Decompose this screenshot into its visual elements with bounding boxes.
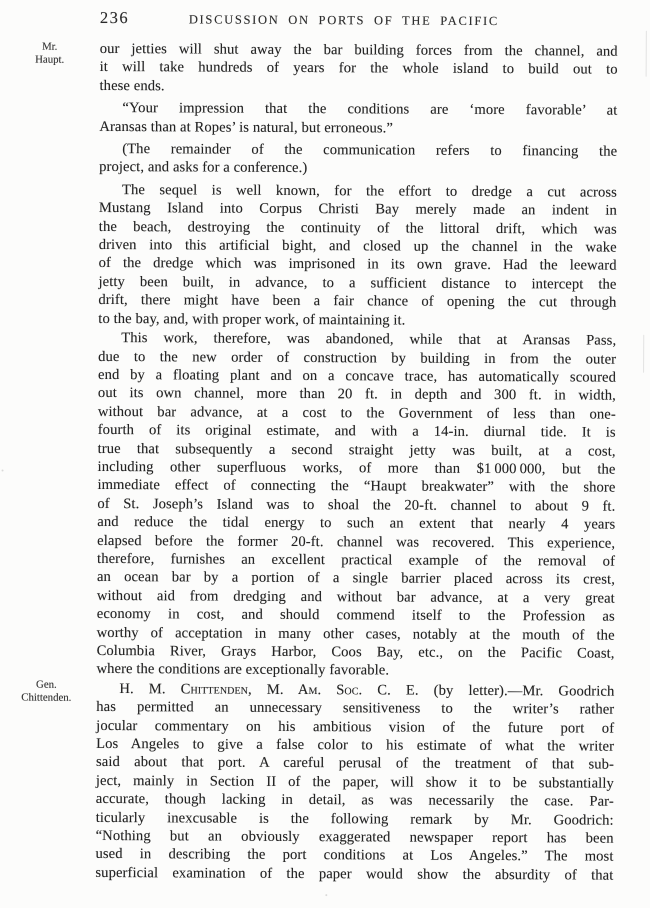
text-segment: where the conditions are exceptionally f… bbox=[96, 661, 389, 679]
margin-note-haupt: Mr. Haupt. bbox=[4, 40, 96, 66]
quoted-remark-paragraph: “Your impression that the conditions are… bbox=[99, 99, 617, 139]
haupt-continuation-paragraph: our jetties will shut away the bar build… bbox=[100, 40, 618, 98]
text-segment: the beach, destroying the continuity of … bbox=[99, 219, 617, 238]
text-segment: of St. Joseph’s Island was to shoal the … bbox=[97, 496, 615, 515]
parenthetical-note-paragraph: (The remainder of the communication refe… bbox=[99, 140, 617, 180]
margin-note-chittenden: Gen. Chittenden. bbox=[0, 678, 92, 704]
scan-artifact bbox=[645, 31, 647, 77]
text-line: accurate, though lacking in detail, as w… bbox=[96, 790, 614, 811]
aransas-pass-paragraph: This work, therefore, was abandoned, whi… bbox=[96, 329, 616, 681]
text-segment: drift, there might have been a fair chan… bbox=[98, 292, 616, 311]
text-segment: superficial examination of the paper wou… bbox=[95, 865, 613, 884]
text-line: out its own channel, more than 20 ft. in… bbox=[98, 384, 616, 405]
text-segment: This work, therefore, was abandoned, whi… bbox=[121, 330, 616, 349]
scan-speckle bbox=[2, 469, 4, 471]
text-segment: and reduce the tidal energy to such an e… bbox=[97, 514, 615, 533]
text-segment: (The remainder of the communication refe… bbox=[122, 141, 617, 160]
text-segment: these ends. bbox=[100, 78, 165, 94]
text-segment: our jetties will shut away the bar build… bbox=[100, 41, 618, 60]
scan-speckle bbox=[325, 894, 327, 896]
text-line: to the bay, and, with proper work, of ma… bbox=[98, 310, 616, 331]
running-title: DISCUSSION ON PORTS OF THE PACIFIC bbox=[70, 12, 618, 30]
text-segment: (by letter).—Mr. Goodrich bbox=[419, 682, 615, 699]
text-segment: economy in cost, and should commend itse… bbox=[97, 606, 615, 625]
text-segment: Aransas than at Ropes’ is natural, but e… bbox=[99, 119, 393, 137]
text-segment: H. M. Chittenden, M. Am. Soc. C. E. bbox=[119, 681, 418, 699]
margin-note-line: Chittenden. bbox=[0, 691, 92, 704]
text-segment: Columbia River, Grays Harbor, Coos Bay, … bbox=[97, 643, 615, 662]
text-segment: has permitted an unnecessary sensitivene… bbox=[96, 699, 614, 718]
text-segment: “Your impression that the conditions are… bbox=[122, 100, 617, 119]
margin-note-line: Haupt. bbox=[4, 53, 96, 66]
text-line: project, and asks for a conference.) bbox=[99, 158, 617, 179]
text-segment: worthy of acceptation in many other case… bbox=[97, 625, 615, 644]
text-segment: without aid from dredging and without ba… bbox=[97, 588, 615, 607]
text-line: said about that port. A careful perusal … bbox=[96, 753, 614, 774]
text-line: superficial examination of the paper wou… bbox=[95, 864, 613, 885]
text-line: these ends. bbox=[100, 77, 618, 98]
text-segment: elapsed before the former 20-ft. channel… bbox=[97, 533, 615, 552]
text-line: where the conditions are exceptionally f… bbox=[96, 660, 614, 681]
text-segment: it will take hundreds of years for the w… bbox=[100, 59, 618, 78]
text-segment: end by a floating plant and on a concave… bbox=[98, 367, 616, 386]
text-segment: Mustang Island into Corpus Christi Bay m… bbox=[99, 200, 617, 219]
margin-note-line: Gen. bbox=[0, 678, 92, 691]
text-segment: to the bay, and, with proper work, of ma… bbox=[98, 311, 405, 329]
text-line: immediate effect of connecting the “Haup… bbox=[97, 476, 615, 497]
text-segment: ticularly inexcusable is the following r… bbox=[96, 810, 614, 829]
text-segment: The sequel is well known, for the effort… bbox=[122, 182, 617, 201]
text-segment: immediate effect of connecting the “Haup… bbox=[97, 477, 615, 496]
margin-note-line: Mr. bbox=[4, 40, 96, 53]
text-segment: “Nothing but an obviously exaggerated ne… bbox=[96, 828, 614, 847]
page-header: 236 DISCUSSION ON PORTS OF THE PACIFIC bbox=[0, 7, 650, 34]
text-line: fourth of its original estimate, and wit… bbox=[98, 421, 616, 442]
text-line: This work, therefore, was abandoned, whi… bbox=[98, 329, 616, 350]
text-line: “Your impression that the conditions are… bbox=[99, 99, 617, 120]
text-segment: out its own channel, more than 20 ft. in… bbox=[98, 385, 616, 404]
text-segment: Los Angeles to give a false color to his… bbox=[96, 736, 614, 755]
text-segment: therefore, furnishes an excellent practi… bbox=[97, 551, 615, 570]
text-segment: jocular commentary on his ambitious visi… bbox=[96, 718, 614, 737]
text-segment: ject, mainly in Section II of the paper,… bbox=[96, 773, 614, 792]
scanned-page: 236 DISCUSSION ON PORTS OF THE PACIFIC M… bbox=[0, 0, 650, 908]
text-line: has permitted an unnecessary sensitivene… bbox=[96, 698, 614, 719]
chittenden-paragraph: H. M. Chittenden, M. Am. Soc. C. E. (by … bbox=[95, 680, 614, 885]
text-segment: including other superfluous works, of mo… bbox=[98, 459, 616, 478]
text-segment: of the dredge which was imprisoned in it… bbox=[99, 255, 617, 274]
text-segment: without bar advance, at a cost to the Go… bbox=[98, 404, 616, 423]
text-line: Aransas than at Ropes’ is natural, but e… bbox=[99, 118, 617, 139]
text-segment: said about that port. A careful perusal … bbox=[96, 754, 614, 773]
sequel-paragraph: The sequel is well known, for the effort… bbox=[98, 181, 617, 331]
text-line: it will take hundreds of years for the w… bbox=[100, 58, 618, 79]
text-segment: fourth of its original estimate, and wit… bbox=[98, 422, 616, 441]
text-line: Mustang Island into Corpus Christi Bay m… bbox=[99, 199, 617, 220]
text-line: drift, there might have been a fair chan… bbox=[98, 291, 616, 312]
text-segment: project, and asks for a conference.) bbox=[99, 159, 307, 176]
text-segment: an ocean bar by a portion of a single ba… bbox=[97, 569, 615, 588]
text-segment: jetty been built, in advance, to a suffi… bbox=[98, 274, 616, 293]
text-segment: due to the new order of construction by … bbox=[98, 348, 616, 367]
scan-artifact bbox=[643, 335, 645, 373]
text-segment: true that subsequently a second straight… bbox=[98, 440, 616, 459]
text-segment: used in describing the port conditions a… bbox=[95, 846, 613, 865]
text-line: and reduce the tidal energy to such an e… bbox=[97, 513, 615, 534]
text-block: our jetties will shut away the bar build… bbox=[95, 40, 617, 885]
text-line: economy in cost, and should commend itse… bbox=[97, 605, 615, 626]
text-segment: accurate, though lacking in detail, as w… bbox=[96, 791, 614, 810]
text-segment: driven into this artificial bight, and c… bbox=[99, 237, 617, 256]
text-line: an ocean bar by a portion of a single ba… bbox=[97, 568, 615, 589]
